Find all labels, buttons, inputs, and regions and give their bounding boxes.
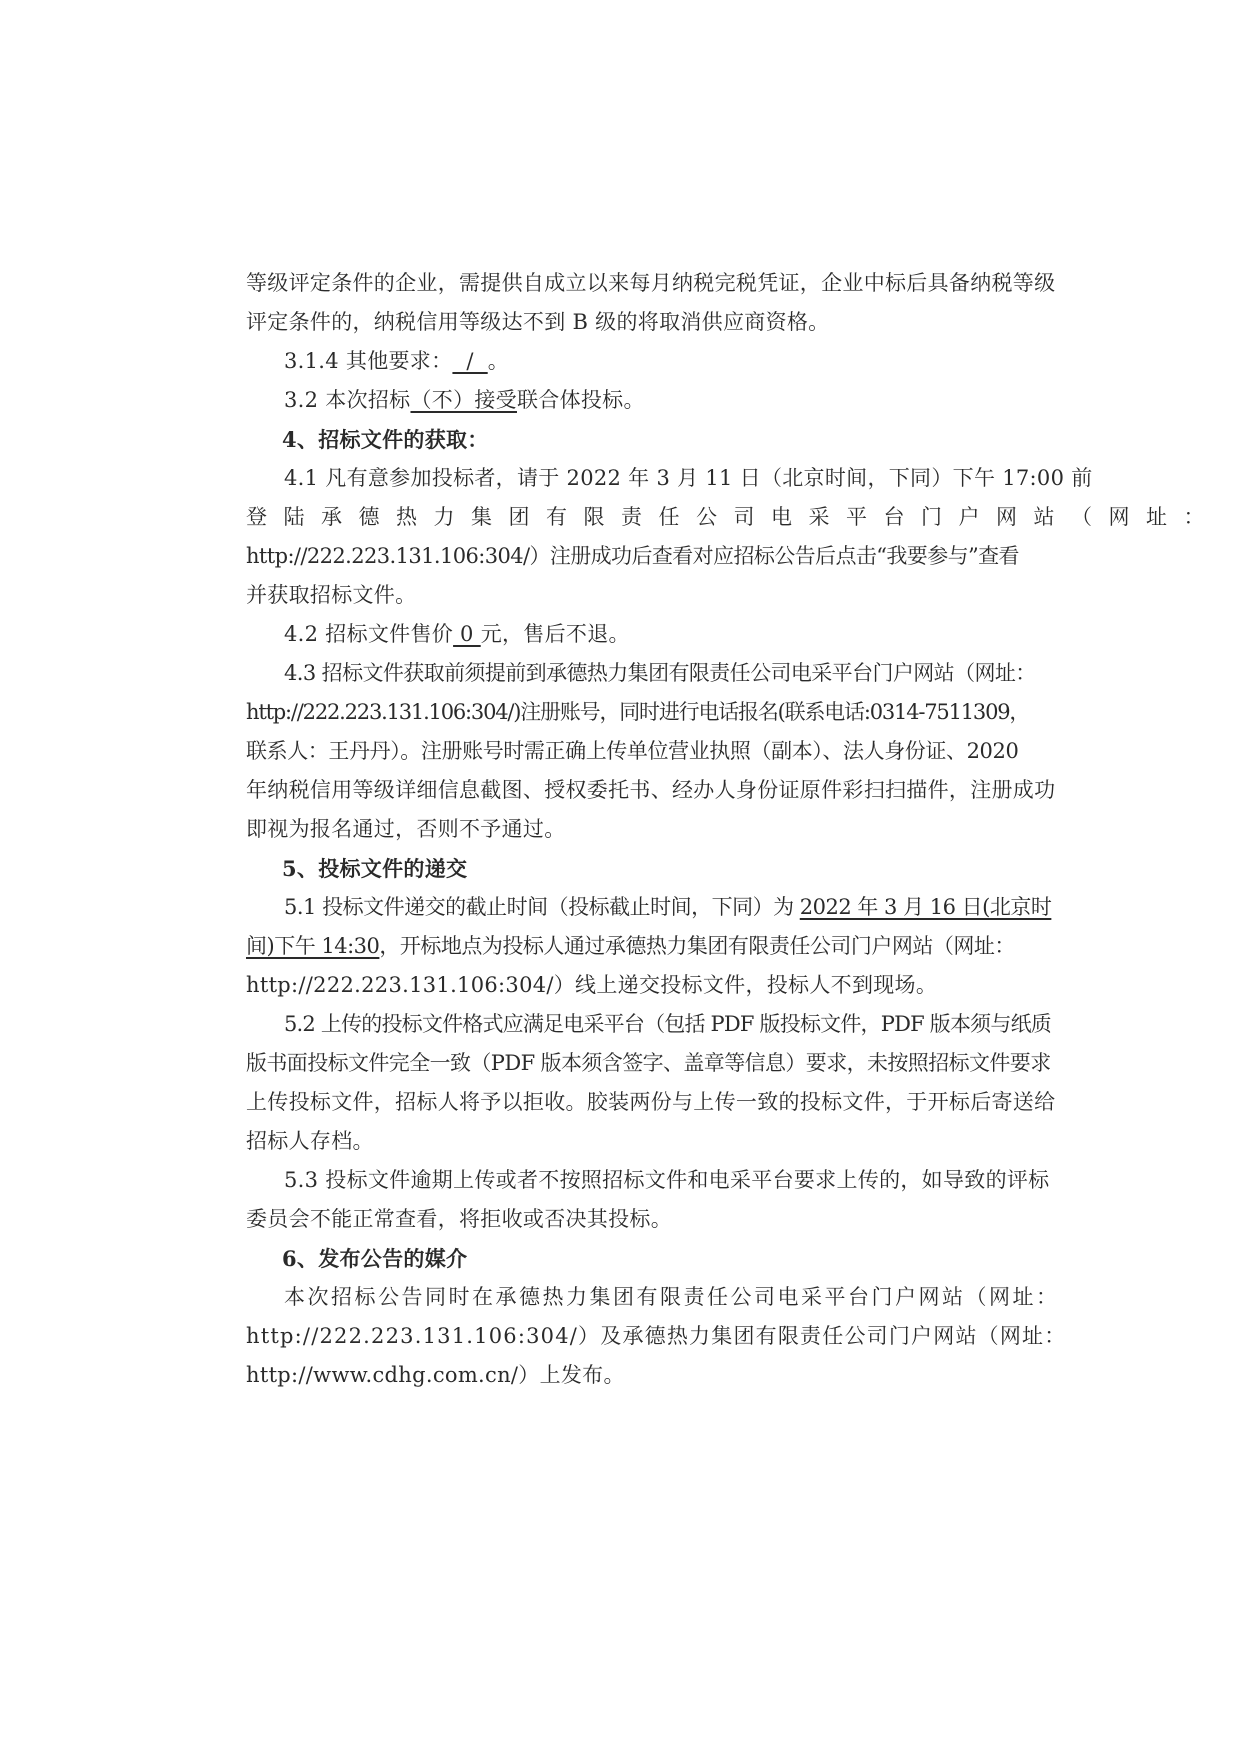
clause-4-2-prefix: 4.2 招标文件售价 (284, 622, 453, 646)
clause-6-line-3: http://www.cdhg.com.cn/）上发布。 (246, 1356, 986, 1395)
clause-4-1-line-2: 登陆承德热力集团有限责任公司电采平台门户网站（网址： (246, 498, 986, 537)
clause-5-1-line-3: http://222.223.131.106:304/）线上递交投标文件，投标人… (246, 966, 986, 1005)
clause-3-2-suffix: 联合体投标。 (517, 388, 645, 412)
clause-5-1-deadline-part-2: 间)下午 14:30 (246, 934, 379, 958)
clause-3-2-underlined: （不）接受 (410, 388, 517, 412)
clause-4-3-line-4: 年纳税信用等级详细信息截图、授权委托书、经办人身份证原件彩扫扫描件，注册成功 (246, 771, 986, 810)
clause-4-1-line-3: http://222.223.131.106:304/）注册成功后查看对应招标公… (246, 537, 986, 576)
clause-3-1-4-value: / (452, 349, 487, 373)
clause-5-2-line-3: 上传投标文件，招标人将予以拒收。胶装两份与上传一致的投标文件，于开标后寄送给 (246, 1083, 986, 1122)
clause-4-2: 4.2 招标文件售价 0 元，售后不退。 (246, 615, 986, 654)
clause-5-2-line-2: 版书面投标文件完全一致（PDF 版本须含签字、盖章等信息）要求，未按照招标文件要… (246, 1044, 986, 1083)
clause-4-2-suffix: 元，售后不退。 (481, 622, 630, 646)
section-5-heading: 5、投标文件的递交 (246, 849, 986, 888)
clause-5-1-line-1: 5.1 投标文件递交的截止时间（投标截止时间，下同）为 2022 年 3 月 1… (246, 888, 986, 927)
clause-4-1-line-4: 并获取招标文件。 (246, 576, 986, 615)
clause-6-line-1: 本次招标公告同时在承德热力集团有限责任公司电采平台门户网站（网址： (246, 1278, 986, 1317)
clause-5-2-line-1: 5.2 上传的投标文件格式应满足电采平台（包括 PDF 版投标文件，PDF 版本… (246, 1005, 986, 1044)
clause-4-3-line-1: 4.3 招标文件获取前须提前到承德热力集团有限责任公司电采平台门户网站（网址： (246, 654, 986, 693)
clause-5-3-line-2: 委员会不能正常查看，将拒收或否决其投标。 (246, 1200, 986, 1239)
tax-paragraph-line-1: 等级评定条件的企业，需提供自成立以来每月纳税完税凭证，企业中标后具备纳税等级 (246, 264, 986, 303)
section-4-heading: 4、招标文件的获取： (246, 420, 986, 459)
clause-3-2-prefix: 3.2 本次招标 (284, 388, 410, 412)
clause-5-2-line-4: 招标人存档。 (246, 1122, 986, 1161)
clause-4-3-line-2: http://222.223.131.106:304/)注册账号，同时进行电话报… (246, 693, 986, 732)
clause-4-3-line-3: 联系人：王丹丹）。注册账号时需正确上传单位营业执照（副本）、法人身份证、2020 (246, 732, 986, 771)
clause-4-2-price: 0 (453, 622, 481, 646)
tax-paragraph-line-2: 评定条件的，纳税信用等级达不到 B 级的将取消供应商资格。 (246, 303, 986, 342)
clause-3-1-4-suffix: 。 (488, 349, 509, 373)
clause-3-1-4-label: 3.1.4 其他要求： (284, 349, 452, 373)
clause-5-1-deadline-part-1: 2022 年 3 月 16 日(北京时 (800, 895, 1052, 919)
clause-6-line-2: http://222.223.131.106:304/）及承德热力集团有限责任公… (246, 1317, 986, 1356)
clause-5-1-prefix: 5.1 投标文件递交的截止时间（投标截止时间，下同）为 (284, 895, 800, 919)
clause-4-3-line-5: 即视为报名通过，否则不予通过。 (246, 810, 986, 849)
clause-5-1-line-2: 间)下午 14:30，开标地点为投标人通过承德热力集团有限责任公司门户网站（网址… (246, 927, 986, 966)
clause-3-2: 3.2 本次招标（不）接受联合体投标。 (246, 381, 986, 420)
clause-3-1-4: 3.1.4 其他要求： / 。 (246, 342, 986, 381)
clause-4-1-line-1: 4.1 凡有意参加投标者，请于 2022 年 3 月 11 日（北京时间，下同）… (246, 459, 986, 498)
clause-5-1-location: ，开标地点为投标人通过承德热力集团有限责任公司门户网站（网址： (379, 934, 1015, 958)
clause-5-3-line-1: 5.3 投标文件逾期上传或者不按照招标文件和电采平台要求上传的，如导致的评标 (246, 1161, 986, 1200)
document-page: 等级评定条件的企业，需提供自成立以来每月纳税完税凭证，企业中标后具备纳税等级 评… (246, 264, 986, 1395)
section-6-heading: 6、发布公告的媒介 (246, 1239, 986, 1278)
